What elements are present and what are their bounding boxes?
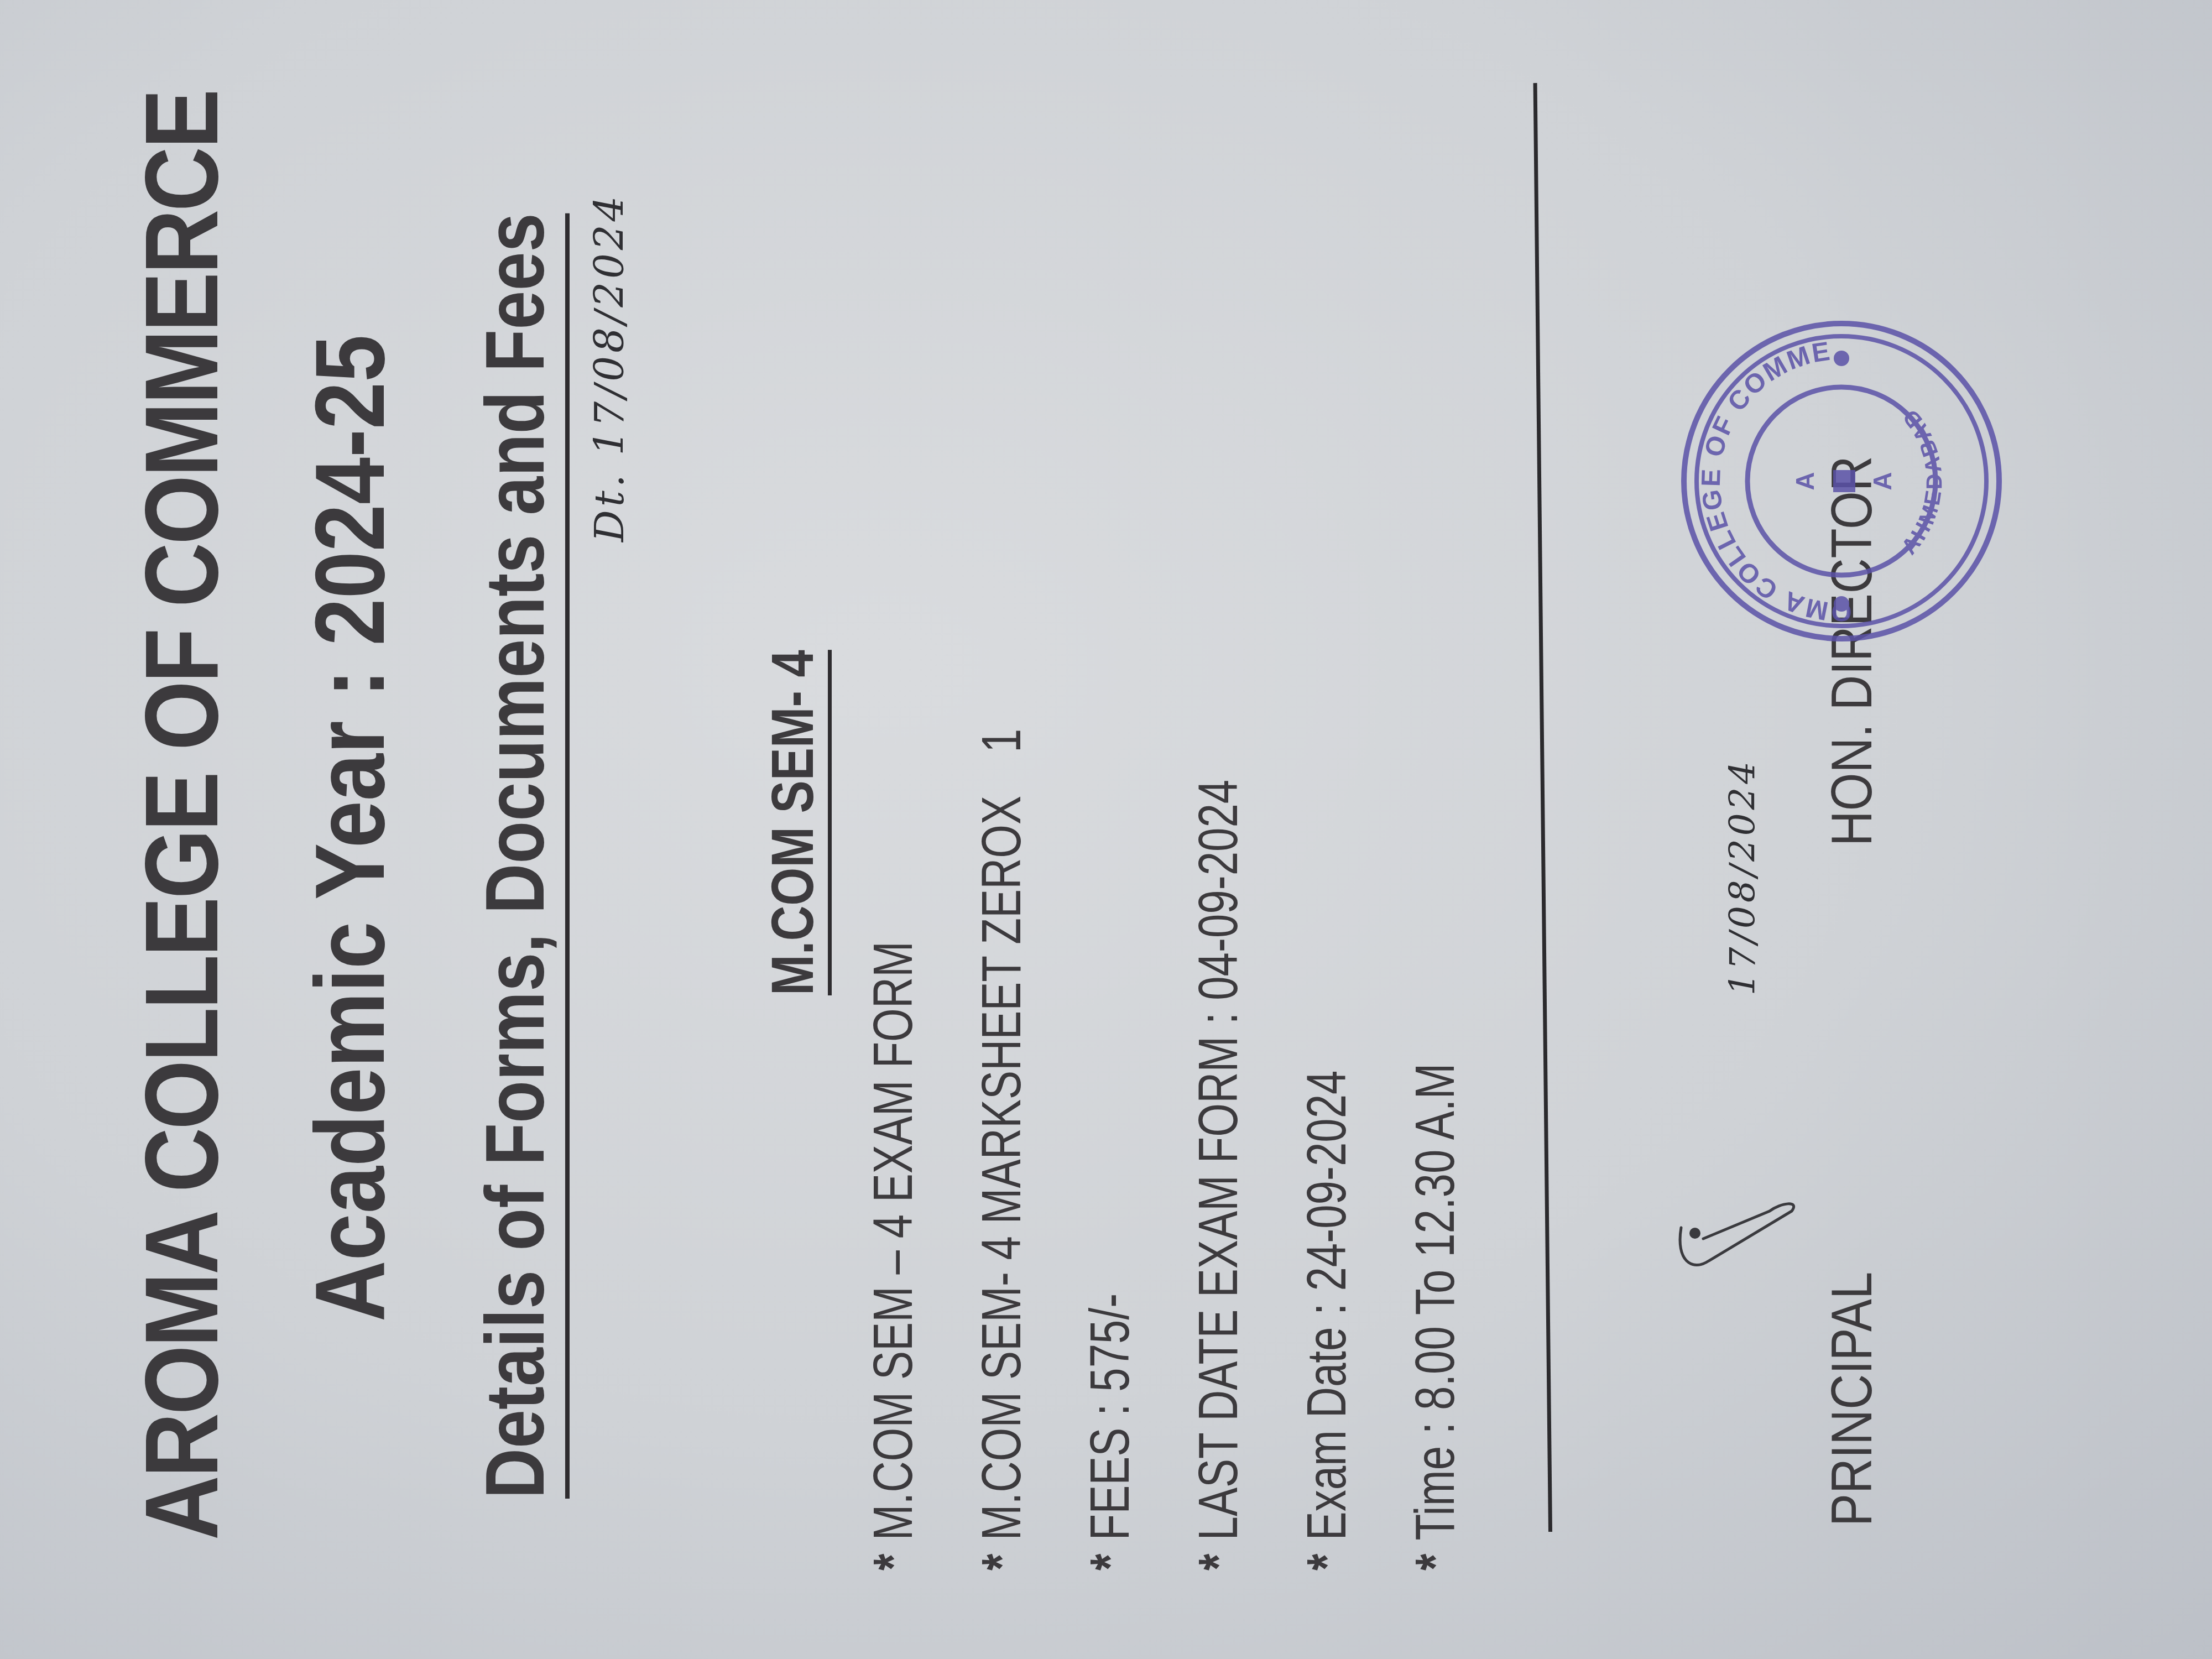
list-item: *FEES : 575/- (1079, 729, 1188, 1571)
notice-subtitle: Details of Forms, Documents and Fees (467, 213, 570, 1499)
principal-label: PRINCIPAL (1819, 1272, 1885, 1526)
academic-year: Academic Year : 2024-25 (293, 335, 406, 1322)
item-text: M.COM SEM- 4 MARKSHEET ZEROX (971, 796, 1032, 1540)
item-quantity: 1 (971, 729, 1032, 753)
college-stamp-icon: AROMA COLLEGE OF COMMERCE AHMEDABAD A A (1676, 315, 2007, 647)
bullet-star-icon: * (971, 1540, 1032, 1571)
requirements-list: *M.COM SEM – 4 EXAM FORM *M.COM SEM- 4 M… (863, 491, 1513, 1571)
list-item: *M.COM SEM- 4 MARKSHEET ZEROX1 (971, 729, 1079, 1571)
stamp-top-text: AROMA COLLEGE OF COMMERCE (1676, 336, 1852, 647)
bullet-star-icon: * (1188, 1540, 1249, 1571)
bullet-star-icon: * (1079, 1540, 1140, 1571)
notice-paper: AROMA COLLEGE OF COMMERCE Academic Year … (0, 0, 2212, 1659)
list-item: *Time : 8.00 To 12.30 A.M (1405, 729, 1513, 1571)
list-item: *LAST DATE EXAM FORM : 04-09-2024 (1188, 729, 1296, 1571)
principal-signature-icon (1670, 1183, 1803, 1294)
college-name: AROMA COLLEGE OF COMMERCE (122, 91, 241, 1540)
item-text: Time : 8.00 To 12.30 A.M (1404, 1063, 1466, 1541)
bullet-star-icon: * (863, 1540, 924, 1571)
list-item: *Exam Date : 24-09-2024 (1296, 729, 1405, 1571)
section-heading: M.COM SEM- 4 (758, 650, 832, 995)
handwritten-date: Dt. 17/08/2024 (586, 193, 633, 542)
photo-viewport: AROMA COLLEGE OF COMMERCE Academic Year … (0, 0, 2212, 1659)
item-text: Exam Date : 24-09-2024 (1296, 1071, 1358, 1541)
list-item: *M.COM SEM – 4 EXAM FORM (863, 729, 971, 1571)
bullet-star-icon: * (1296, 1540, 1357, 1571)
svg-text:AROMA COLLEGE OF COMMERCE: AROMA COLLEGE OF COMMERCE (1676, 336, 1852, 647)
stamp-mark-bottom: A (1868, 472, 1897, 490)
item-text: M.COM SEM – 4 EXAM FORM (862, 941, 924, 1540)
svg-text:AHMEDABAD: AHMEDABAD (1897, 403, 1947, 559)
stamp-mark-top: A (1791, 472, 1819, 490)
item-text: FEES : 575/- (1079, 1293, 1141, 1541)
stamp-bottom-text: AHMEDABAD (1897, 403, 1947, 559)
divider-line (1533, 83, 1552, 1532)
bullet-star-icon: * (1405, 1540, 1465, 1571)
handwritten-date-bottom: 17/08/2024 (1723, 758, 1764, 995)
item-text: LAST DATE EXAM FORM : 04-09-2024 (1187, 780, 1249, 1541)
